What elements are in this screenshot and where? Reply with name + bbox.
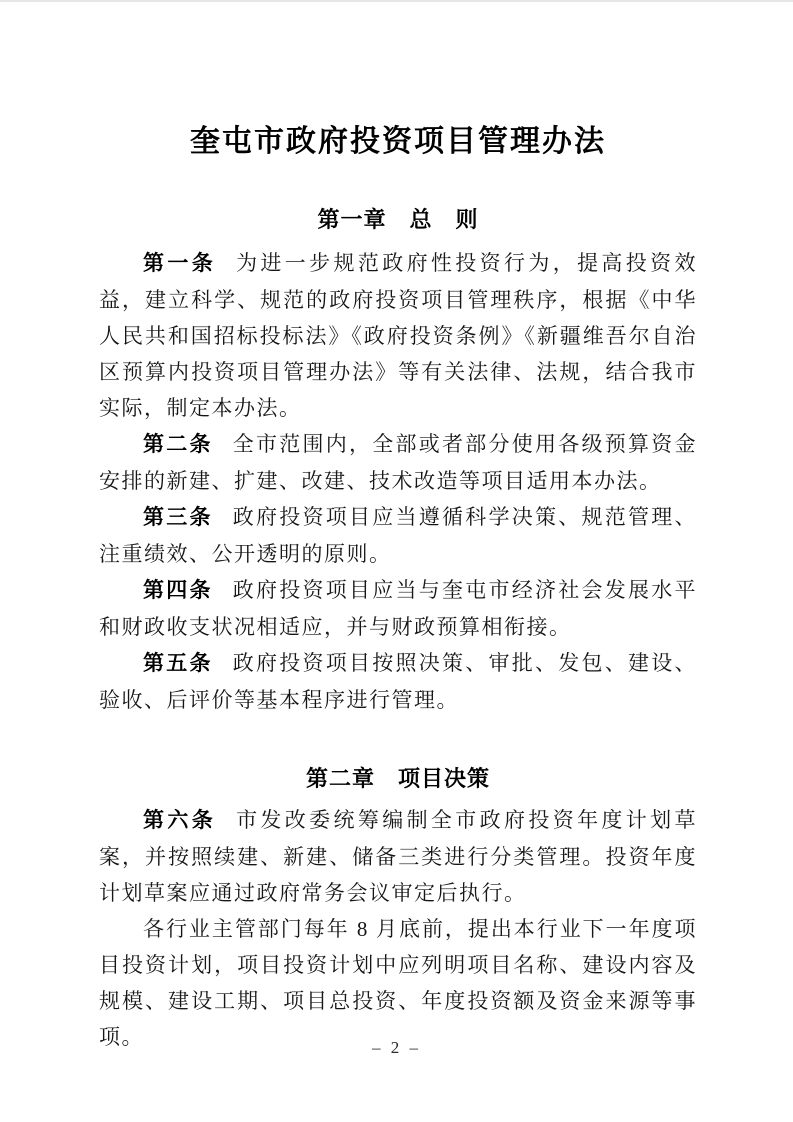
document-page: 奎屯市政府投资项目管理办法 第一章 总 则 第一条为进一步规范政府性投资行为，提… <box>0 0 793 1122</box>
page-number: – 2 – <box>0 1036 793 1060</box>
article-1: 第一条为进一步规范政府性投资行为，提高投资效益，建立科学、规范的政府投资项目管理… <box>99 245 697 426</box>
document-content: 奎屯市政府投资项目管理办法 第一章 总 则 第一条为进一步规范政府性投资行为，提… <box>0 0 793 1055</box>
article-1-label: 第一条 <box>143 252 216 275</box>
chapter-1-heading: 第一章 总 则 <box>99 205 697 235</box>
article-5-label: 第五条 <box>143 652 213 675</box>
article-3-label: 第三条 <box>143 506 213 529</box>
article-1-text: 为进一步规范政府性投资行为，提高投资效益，建立科学、规范的政府投资项目管理秩序，… <box>99 251 697 420</box>
chapter-2-heading: 第二章 项目决策 <box>99 764 697 794</box>
article-4: 第四条政府投资项目应当与奎屯市经济社会发展水平和财政收支状况相适应，并与财政预算… <box>99 572 697 645</box>
article-6-continuation: 各行业主管部门每年 8 月底前，提出本行业下一年度项目投资计划，项目投资计划中应… <box>99 911 697 1055</box>
article-2: 第二条全市范围内，全部或者部分使用各级预算资金安排的新建、扩建、改建、技术改造等… <box>99 426 697 499</box>
document-title: 奎屯市政府投资项目管理办法 <box>99 122 697 162</box>
article-6-continuation-text: 各行业主管部门每年 8 月底前，提出本行业下一年度项目投资计划，项目投资计划中应… <box>99 917 697 1049</box>
article-5: 第五条政府投资项目按照决策、审批、发包、建设、验收、后评价等基本程序进行管理。 <box>99 645 697 718</box>
article-2-label: 第二条 <box>143 433 213 456</box>
article-6: 第六条市发改委统筹编制全市政府投资年度计划草案，并按照续建、新建、储备三类进行分… <box>99 802 697 911</box>
scan-edge-artifact <box>0 0 793 2</box>
article-6-label: 第六条 <box>143 809 216 832</box>
article-4-label: 第四条 <box>143 579 213 602</box>
article-3: 第三条政府投资项目应当遵循科学决策、规范管理、注重绩效、公开透明的原则。 <box>99 499 697 572</box>
